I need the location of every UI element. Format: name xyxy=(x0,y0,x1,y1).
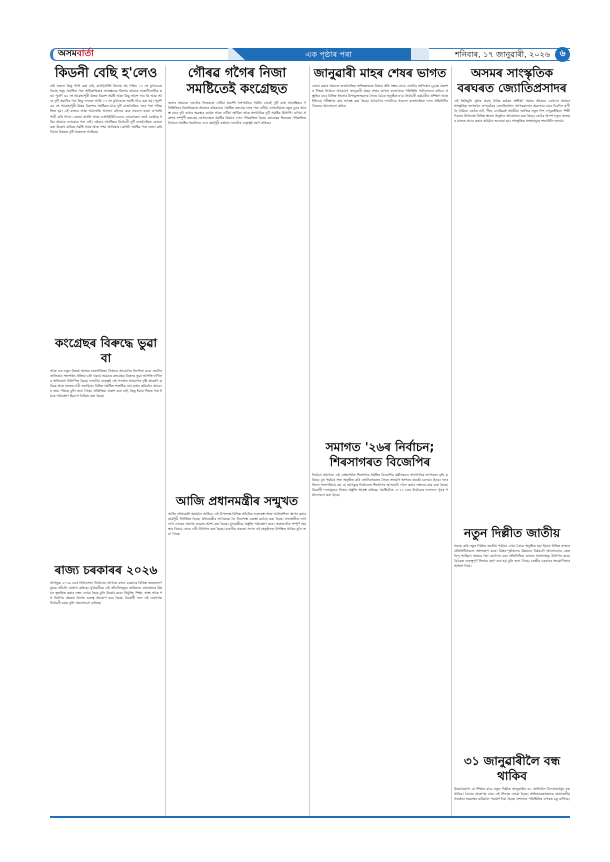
story-samagata: সমাগত '২৬ৰ নিৰ্বাচন; শিৰসাগৰত বিজেপিৰ নি… xyxy=(312,440,448,803)
story-gourav: গৌৰৱ গগৈৰ নিজা সমষ্টিতেই কংগ্ৰেছত জনাব স… xyxy=(168,66,306,491)
headline: কিডনী বেছি হ'লেও xyxy=(50,66,162,82)
headline: ৩১ জানুৱাৰীলৈ বন্ধ থাকিব xyxy=(454,754,570,784)
logo-main: অসম xyxy=(58,49,77,59)
story-body: নৰী সকল। কিন্তু পানী কৰা নাই, বাহুড়িবীৰ… xyxy=(50,84,162,332)
headline: অসমৰ সাংস্কৃতিক বৰঘৰত জ্যোতিপ্ৰসাদৰ xyxy=(454,66,570,96)
story-body: এই তিনিমুনি সুৰ্য্যৰ প্ৰবাহ উত্থৰ কৰ্মকৰ… xyxy=(454,99,570,519)
story-pm: আজি প্ৰধানমন্ত্ৰীৰ সন্মুখত আজি প্ৰধানমন্… xyxy=(168,494,306,804)
story-january: জানুৱাৰী মাহৰ শেষৰ ভাগত তোৰা কৰাৰ সময়তে… xyxy=(312,66,448,439)
story-body: আগন্তুক ২০২৬ চনৰ বিধানসভা নিৰ্বাচনৰ আগতে… xyxy=(50,581,162,811)
headline: নতুন দিল্লীত জাতীয় xyxy=(454,526,570,541)
logo-accent: বাৰ্তা xyxy=(77,49,94,59)
newspaper-page: অসমবাৰ্তা এক পৃষ্ঠাৰ পৰা শনিবাৰ, ১৭ জানু… xyxy=(50,48,570,818)
story-jan31: ৩১ জানুৱাৰীলৈ বন্ধ থাকিব উল্লেখযোগ্য যে … xyxy=(454,754,570,832)
story-body: আৰু এক নতুন বিতৰ্ক অসমৰ ৰাজনীতিত। নিৰ্বা… xyxy=(50,369,162,569)
story-rajya: ৰাজ্য চৰকাৰৰ ২০২৬ আগন্তুক ২০২৬ চনৰ বিধান… xyxy=(50,563,162,811)
masthead-shade-right xyxy=(411,48,429,60)
masthead: অসমবাৰ্তা এক পৃষ্ঠাৰ পৰা শনিবাৰ, ১৭ জানু… xyxy=(50,48,570,62)
story-body: উল্লেখযোগ্য যে শিক্ষাৰ বাবে নতুন দিল্লীত… xyxy=(454,787,570,832)
headline: কংগ্ৰেছৰ বিৰুদ্ধে ভুৱা বা xyxy=(50,336,162,366)
story-delhi: নতুন দিল্লীত জাতীয় সমন্বয় কৰি নতুন দিল… xyxy=(454,526,570,744)
story-jyoti: অসমৰ সাংস্কৃতিক বৰঘৰত জ্যোতিপ্ৰসাদৰ এই ত… xyxy=(454,66,570,519)
story-body: আজি প্ৰধানমন্ত্ৰী অসমলৈ আহিব। এই উপলক্ষে… xyxy=(168,512,306,804)
headline: ৰাজ্য চৰকাৰৰ ২০২৬ xyxy=(50,563,162,578)
column-divider xyxy=(451,66,452,816)
story-body: জনাব সময়তে দলটোৰ ভিতৰতে এটিয়া প্ৰকাশী … xyxy=(168,101,306,491)
bottom-rule xyxy=(50,816,570,818)
story-kidney: কিডনী বেছি হ'লেও নৰী সকল। কিন্তু পানী কৰ… xyxy=(50,66,162,332)
headline: জানুৱাৰী মাহৰ শেষৰ ভাগত xyxy=(312,66,448,81)
page-number-badge: ৬ xyxy=(555,47,570,62)
newspaper-logo: অসমবাৰ্তা xyxy=(58,48,94,61)
headline: সমাগত '২৬ৰ নিৰ্বাচন; শিৰসাগৰত বিজেপিৰ xyxy=(312,440,448,470)
story-body: সমন্বয় কৰি নতুন দিল্লীত জাতীয় পৰ্যায়ৰ… xyxy=(454,544,570,744)
headline: আজি প্ৰধানমন্ত্ৰীৰ সন্মুখত xyxy=(168,494,306,509)
column-divider xyxy=(309,66,310,816)
headline: গৌৰৱ গগৈৰ নিজা সমষ্টিতেই কংগ্ৰেছত xyxy=(168,66,306,98)
section-label: এক পৃষ্ঠাৰ পৰা xyxy=(246,48,411,61)
issue-date: শনিবাৰ, ১৭ জানুৱাৰী, ২০২৬ xyxy=(455,48,550,61)
story-body: নিৰ্বাচন সমাগত। এই প্ৰেক্ষাপটত শিৰসাগৰ স… xyxy=(312,473,448,803)
story-body: তোৰা কৰাৰ সময়তে ৰাজনৈতিক অভিজ্ঞজনৰ বিষয… xyxy=(312,84,448,439)
column-divider xyxy=(165,66,166,816)
story-congress: কংগ্ৰেছৰ বিৰুদ্ধে ভুৱা বা আৰু এক নতুন বি… xyxy=(50,336,162,569)
